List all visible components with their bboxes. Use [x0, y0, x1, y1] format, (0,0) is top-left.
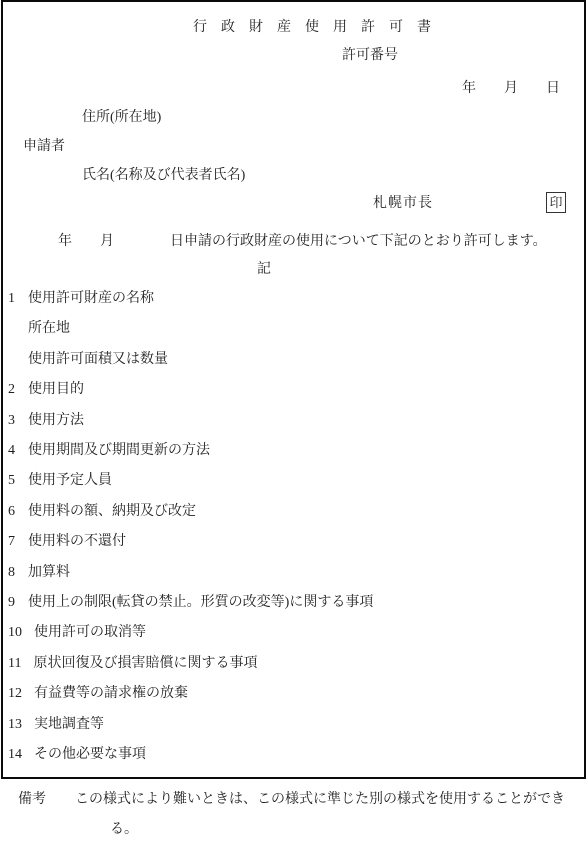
item-text: 使用許可面積又は数量	[28, 352, 168, 367]
item-number: 4	[8, 443, 16, 459]
list-item: 3使用方法	[8, 413, 84, 429]
list-item: 5使用予定人員	[8, 473, 112, 489]
item-text: 原状回復及び損害賠償に関する事項	[33, 656, 257, 671]
list-item: 9使用上の制限(転貸の禁止。形質の改変等)に関する事項	[8, 595, 373, 611]
item-number: 8	[8, 565, 16, 581]
item-text: 使用方法	[28, 413, 84, 428]
list-item: 1使用許可財産の名称	[8, 291, 154, 307]
item-text: 使用許可の取消等	[34, 625, 146, 640]
list-item: 6使用料の額、納期及び改定	[8, 504, 196, 520]
item-text: 使用予定人員	[28, 473, 112, 488]
item-number: 7	[8, 534, 16, 550]
list-item: 13実地調査等	[8, 717, 104, 733]
item-number: 2	[8, 382, 16, 398]
item-text: 加算料	[28, 565, 70, 580]
item-number: 12	[8, 686, 22, 702]
list-item: 使用許可面積又は数量	[8, 352, 168, 368]
applicant-address-label: 住所(所在地)	[82, 110, 161, 126]
item-number: 1	[8, 291, 16, 307]
mayor-seal-box: 印	[546, 192, 566, 213]
item-text: その他必要な事項	[34, 747, 146, 762]
applicant-section-label: 申請者	[23, 139, 65, 155]
list-item: 4使用期間及び期間更新の方法	[8, 443, 210, 459]
item-number: 5	[8, 473, 16, 489]
item-number: 9	[8, 595, 16, 611]
permit-document-page: 行 政 財 産 使 用 許 可 書 許可番号 年 月 日 住所(所在地) 申請者…	[0, 0, 588, 841]
item-text: 有益費等の請求権の放棄	[34, 686, 188, 701]
list-item: 2使用目的	[8, 382, 84, 398]
item-number: 6	[8, 504, 16, 520]
list-item: 所在地	[8, 321, 70, 337]
list-item: 14その他必要な事項	[8, 747, 146, 763]
item-text: 使用目的	[28, 382, 84, 397]
applicant-name-label: 氏名(名称及び代表者氏名)	[82, 168, 245, 184]
item-number: 3	[8, 413, 16, 429]
list-item: 8加算料	[8, 565, 70, 581]
item-text: 使用許可財産の名称	[28, 291, 154, 306]
item-text: 使用上の制限(転貸の禁止。形質の改変等)に関する事項	[28, 595, 373, 610]
list-item: 12有益費等の請求権の放棄	[8, 686, 188, 702]
list-item: 7使用料の不還付	[8, 534, 126, 550]
item-text: 実地調査等	[34, 717, 104, 732]
remarks-label: 備考	[18, 792, 46, 808]
list-item: 10使用許可の取消等	[8, 625, 146, 641]
item-text: 使用期間及び期間更新の方法	[28, 443, 210, 458]
item-text: 使用料の不還付	[28, 534, 126, 549]
item-text: 使用料の額、納期及び改定	[28, 504, 196, 519]
item-text: 所在地	[28, 321, 70, 336]
list-item: 11原状回復及び損害賠償に関する事項	[8, 656, 257, 672]
remarks-text-line2: る。	[110, 822, 138, 838]
permit-number-label: 許可番号	[342, 48, 398, 64]
issuer-name: 札幌市長	[373, 196, 433, 212]
item-number: 10	[8, 625, 22, 641]
item-number: 11	[8, 656, 21, 672]
ki-marker: 記	[257, 262, 271, 278]
document-title: 行 政 財 産 使 用 許 可 書	[193, 20, 431, 36]
apply-statement: 年 月 日申請の行政財産の使用について下記のとおり許可します。	[58, 234, 547, 250]
issue-date-line: 年 月 日	[462, 81, 560, 97]
item-number: 13	[8, 717, 22, 733]
item-number: 14	[8, 747, 22, 763]
remarks-text-line1: この様式により難いときは、この様式に準じた別の様式を使用することができ	[75, 792, 565, 808]
